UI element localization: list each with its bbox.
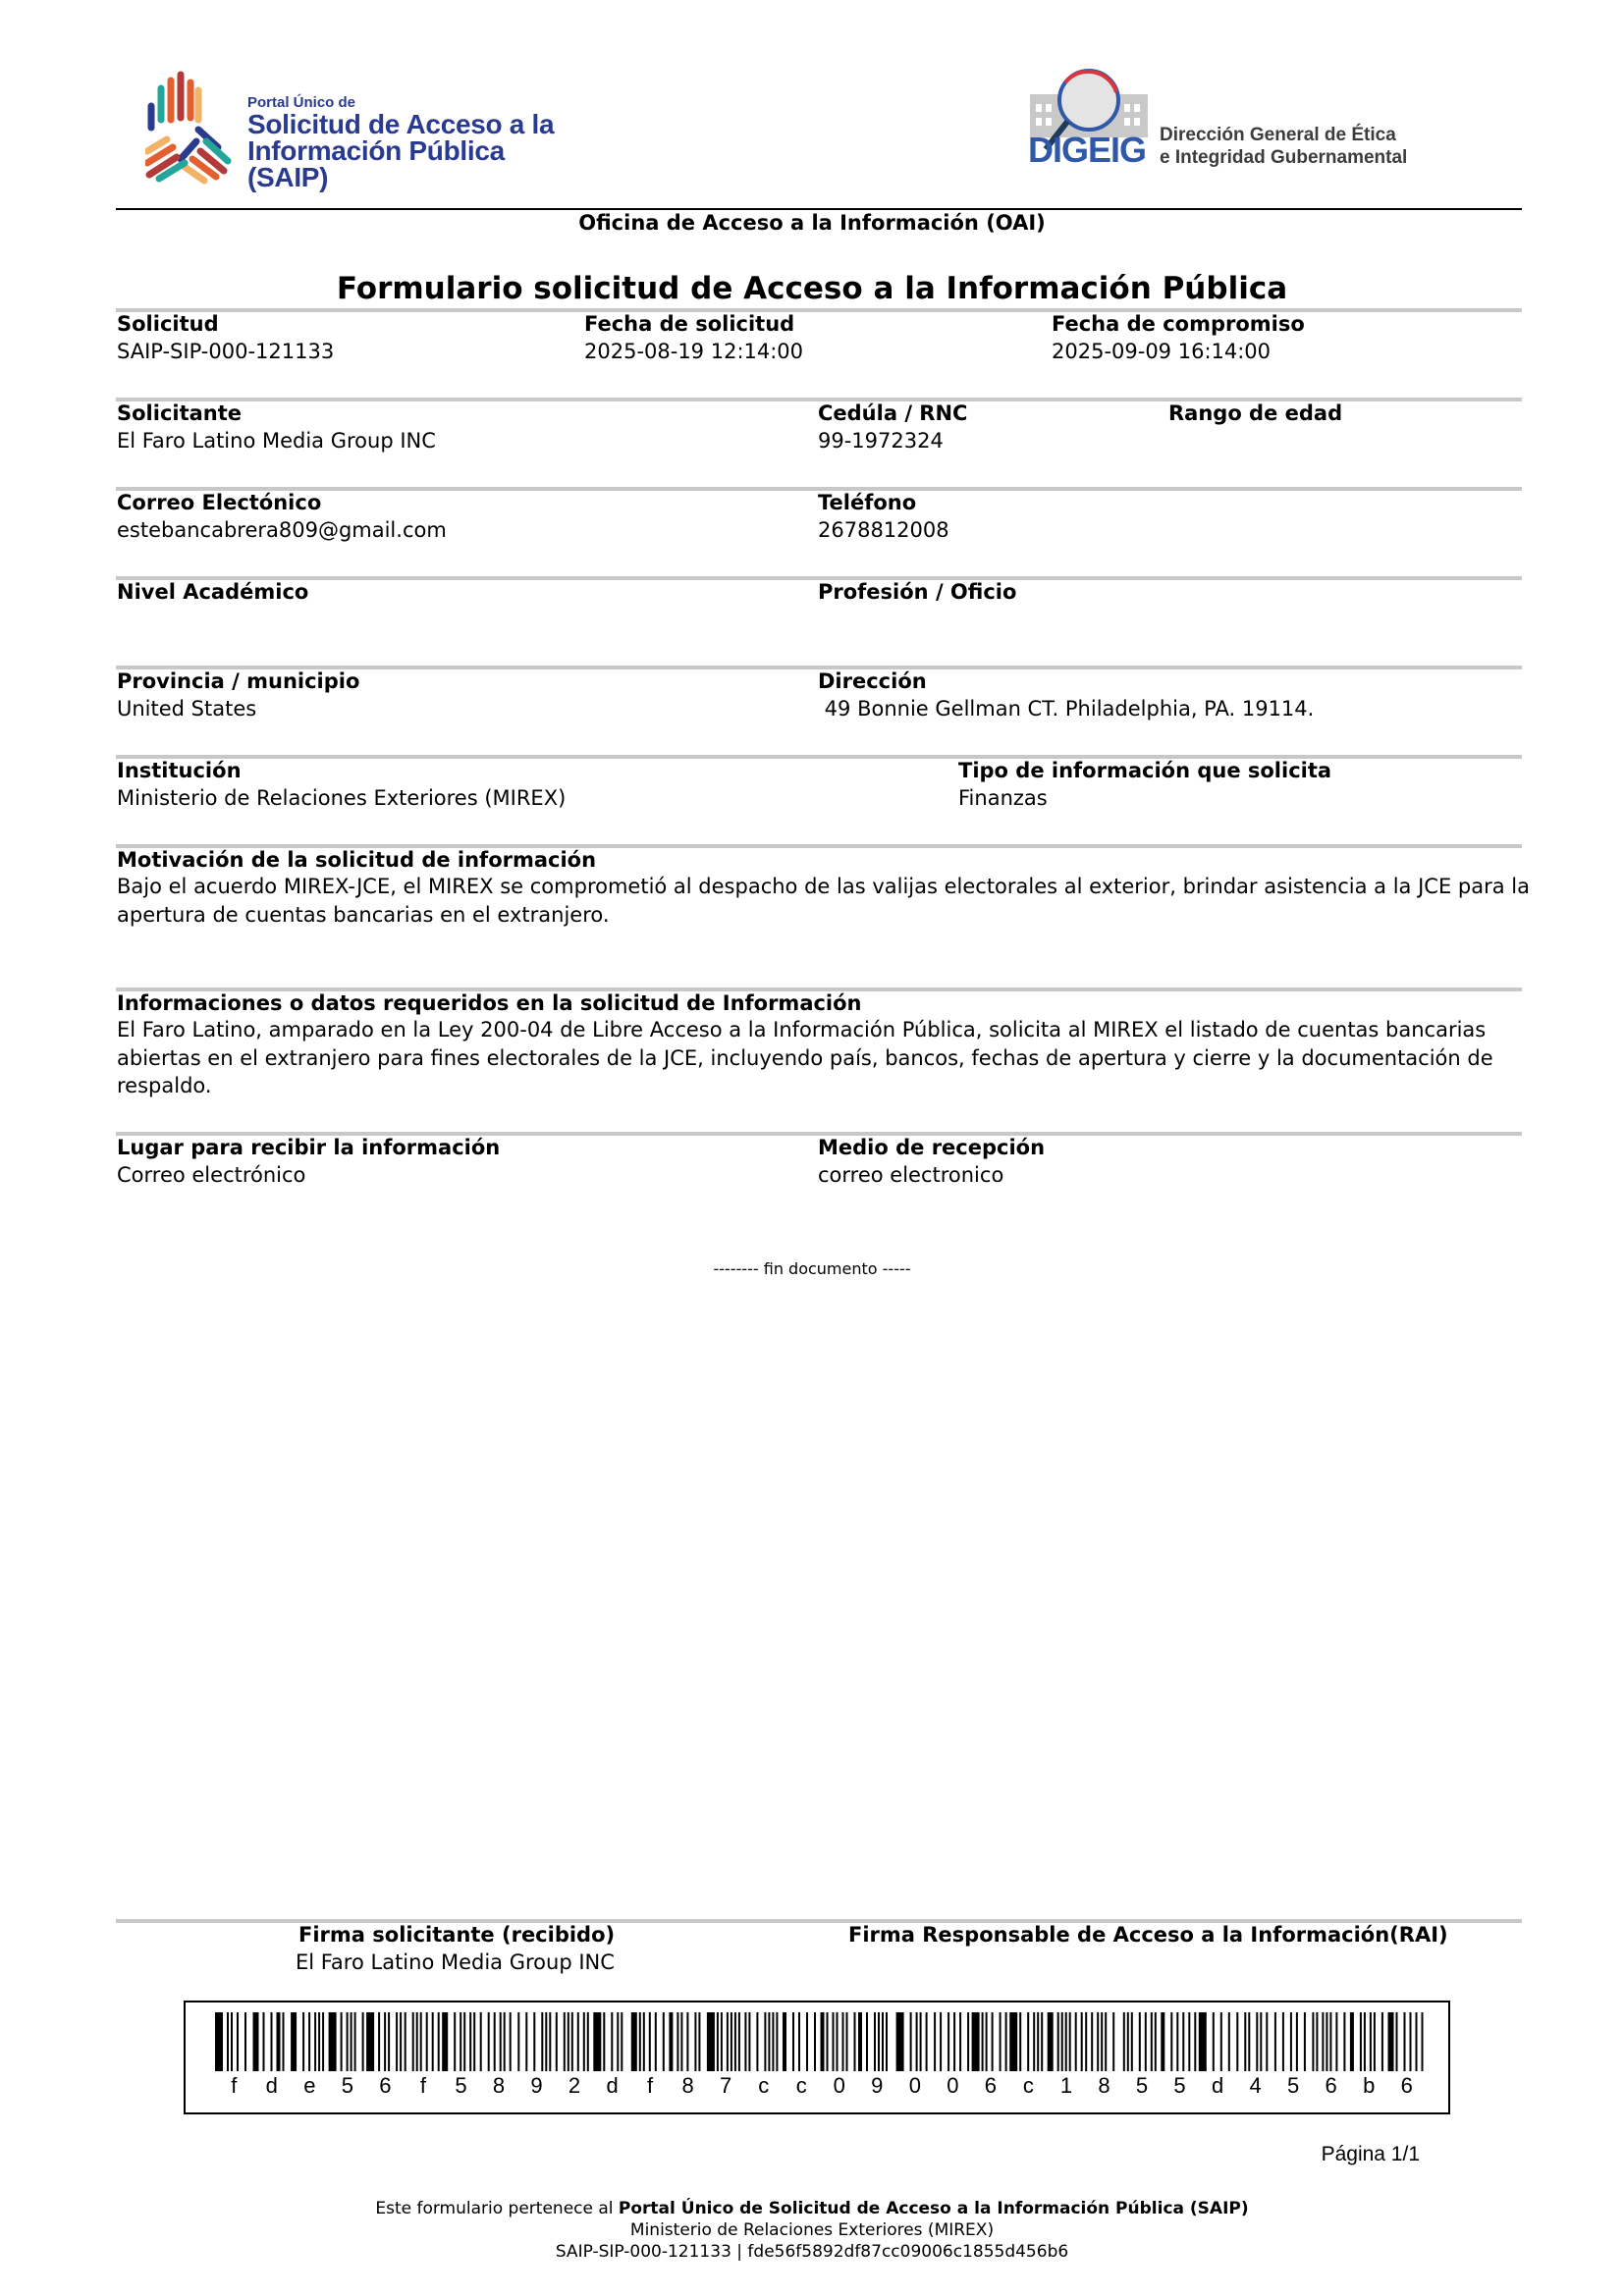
firma-solicitante-name: El Faro Latino Media Group INC [296, 1949, 615, 1976]
digeig-logo-text: Dirección General de Ética e Integridad … [1160, 124, 1407, 169]
barcode-bars [215, 2012, 1426, 2071]
barcode-char: 5 [1287, 2073, 1299, 2099]
barcode-char: 5 [455, 2073, 466, 2099]
barcode-char: f [647, 2073, 653, 2099]
barcode-char: 2 [568, 2073, 580, 2099]
cedula-value: 99-1972324 [818, 427, 944, 454]
barcode-char: 0 [909, 2073, 921, 2099]
profesion-label: Profesión / Oficio [818, 578, 1016, 606]
barcode-char: 5 [1173, 2073, 1185, 2099]
barcode-char: 6 [985, 2073, 997, 2099]
rango-edad-label: Rango de edad [1168, 400, 1342, 427]
telefono-value: 2678812008 [818, 516, 949, 544]
section-divider [116, 308, 1522, 312]
barcode-char: b [1363, 2073, 1375, 2099]
barcode-char: d [266, 2073, 278, 2099]
saip-logo-line2: Solicitud de Acceso a la [247, 111, 558, 137]
cedula-label: Cedúla / RNC [818, 400, 967, 427]
barcode-char: 5 [342, 2073, 353, 2099]
fecha-compromiso-value: 2025-09-09 16:14:00 [1052, 338, 1271, 365]
telefono-label: Teléfono [818, 489, 916, 516]
lugar-value: Correo electrónico [117, 1161, 305, 1189]
institucion-label: Institución [117, 757, 242, 784]
page-title: Formulario solicitud de Acceso a la Info… [0, 271, 1624, 306]
medio-value: correo electronico [818, 1161, 1003, 1189]
barcode-char: 1 [1060, 2073, 1072, 2099]
lugar-label: Lugar para recibir la información [117, 1134, 500, 1161]
saip-logo-line3: Información Pública (SAIP) [247, 137, 558, 190]
motivacion-value: Bajo el acuerdo MIREX-JCE, el MIREX se c… [117, 873, 1531, 929]
firma-rai-label: Firma Responsable de Acceso a la Informa… [848, 1921, 1448, 1949]
barcode-char: c [796, 2073, 807, 2099]
solicitud-value: SAIP-SIP-000-121133 [117, 338, 334, 365]
correo-value: estebancabrera809@gmail.com [117, 516, 447, 544]
fecha-solicitud-value: 2025-08-19 12:14:00 [584, 338, 803, 365]
barcode-char: 8 [493, 2073, 505, 2099]
nivel-academico-label: Nivel Académico [117, 578, 308, 606]
informaciones-label: Informaciones o datos requeridos en la s… [117, 989, 862, 1017]
solicitante-value: El Faro Latino Media Group INC [117, 427, 436, 454]
barcode-char: d [1212, 2073, 1223, 2099]
barcode-char: 6 [1401, 2073, 1413, 2099]
fecha-compromiso-label: Fecha de compromiso [1052, 310, 1305, 338]
fecha-solicitud-label: Fecha de solicitud [584, 310, 794, 338]
firma-solicitante-label: Firma solicitante (recibido) [298, 1921, 615, 1949]
header-divider [116, 208, 1522, 210]
barcode-char: e [303, 2073, 315, 2099]
barcode-char: 0 [834, 2073, 845, 2099]
solicitante-label: Solicitante [117, 400, 242, 427]
informaciones-value: El Faro Latino, amparado en la Ley 200-0… [117, 1016, 1531, 1100]
saip-logo-text: Portal Único de Solicitud de Acceso a la… [247, 94, 558, 190]
correo-label: Correo Electónico [117, 489, 321, 516]
provincia-label: Provincia / municipio [117, 667, 359, 695]
motivacion-label: Motivación de la solicitud de informació… [117, 846, 596, 874]
end-of-document-marker: -------- fin documento ----- [0, 1259, 1624, 1278]
institucion-value: Ministerio de Relaciones Exteriores (MIR… [117, 784, 566, 812]
barcode-char: 4 [1249, 2073, 1261, 2099]
digeig-logo: DIGEIG Dirección General de Ética e Inte… [1026, 65, 1438, 183]
footer-line3: SAIP-SIP-000-121133 | fde56f5892df87cc09… [0, 2242, 1624, 2263]
barcode-char: c [1023, 2073, 1034, 2099]
barcode-char: 5 [1136, 2073, 1148, 2099]
barcode: fde56f5892df87cc09006c1855d456b6 [184, 2001, 1450, 2114]
tipo-informacion-value: Finanzas [958, 784, 1048, 812]
barcode-text: fde56f5892df87cc09006c1855d456b6 [215, 2073, 1426, 2103]
barcode-char: d [606, 2073, 618, 2099]
barcode-char: c [758, 2073, 769, 2099]
barcode-char: 8 [1098, 2073, 1110, 2099]
footer-line1: Este formulario pertenece al Portal Únic… [0, 2199, 1624, 2219]
medio-label: Medio de recepción [818, 1134, 1045, 1161]
digeig-line1: Dirección General de Ética [1160, 124, 1407, 146]
barcode-char: f [231, 2073, 237, 2099]
footer-prefix: Este formulario pertenece al [375, 2199, 619, 2218]
direccion-value: 49 Bonnie Gellman CT. Philadelphia, PA. … [818, 695, 1314, 722]
barcode-char: 7 [720, 2073, 731, 2099]
direccion-label: Dirección [818, 667, 927, 695]
page-number: Página 1/1 [1276, 2143, 1420, 2166]
barcode-char: 6 [379, 2073, 391, 2099]
saip-logo: Portal Único de Solicitud de Acceso a la… [145, 69, 558, 187]
saip-emblem-icon [145, 69, 244, 187]
barcode-char: 6 [1326, 2073, 1337, 2099]
digeig-line2: e Integridad Gubernamental [1160, 146, 1407, 169]
solicitud-label: Solicitud [117, 310, 219, 338]
barcode-char: 0 [947, 2073, 958, 2099]
provincia-value: United States [117, 695, 256, 722]
office-name: Oficina de Acceso a la Información (OAI) [0, 211, 1624, 235]
barcode-char: 9 [530, 2073, 542, 2099]
footer-portal-name: Portal Único de Solicitud de Acceso a la… [619, 2199, 1249, 2218]
footer-line2: Ministerio de Relaciones Exteriores (MIR… [0, 2220, 1624, 2241]
digeig-acronym: DIGEIG [1028, 130, 1146, 171]
barcode-char: 8 [682, 2073, 694, 2099]
tipo-informacion-label: Tipo de información que solicita [958, 757, 1331, 784]
barcode-char: f [420, 2073, 426, 2099]
barcode-char: 9 [871, 2073, 883, 2099]
